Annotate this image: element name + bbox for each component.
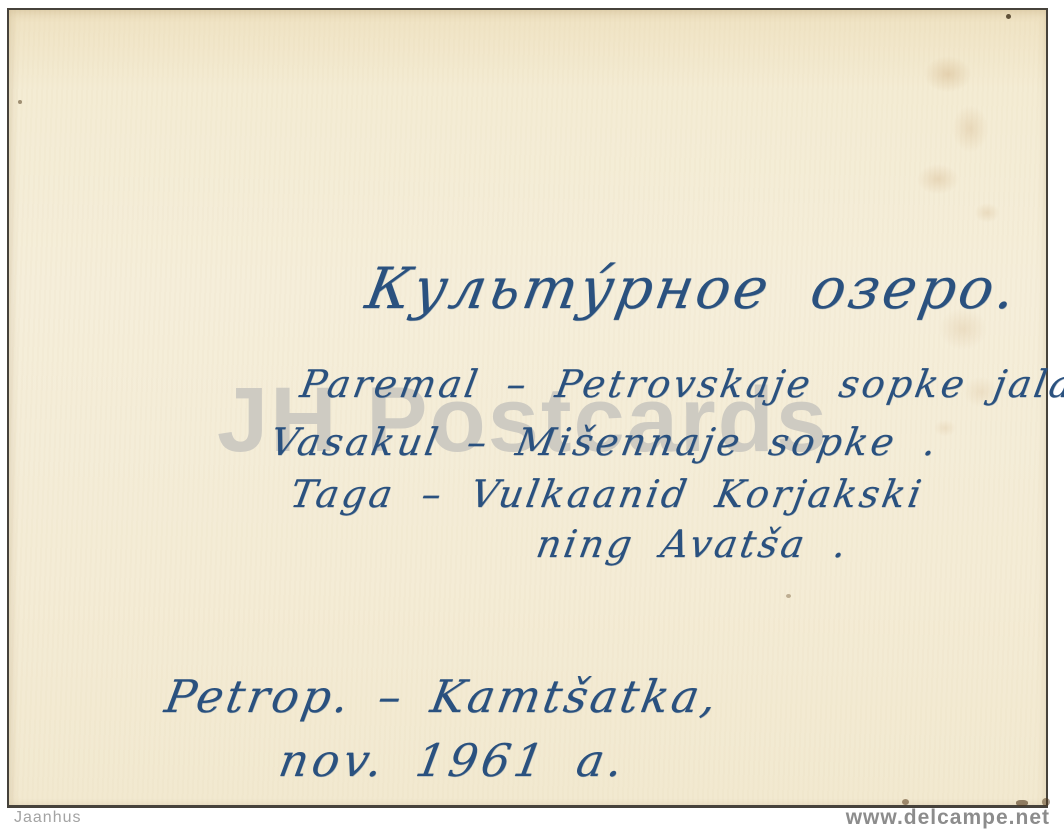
- signature-place-line: Petrop. – Kamtšatka,: [161, 670, 724, 723]
- scan-page: JH Postcards Культу́рное озеро. Paremal …: [0, 0, 1064, 830]
- site-credit-label: www.delcampe.net: [846, 806, 1050, 830]
- foxing-stain-top-right: [889, 28, 1029, 238]
- handwriting-title: Культу́рное озеро.: [361, 256, 1024, 322]
- signature-date-line: nov. 1961 a.: [275, 734, 631, 787]
- handwriting-line-left: Vasakul – Mišennaje sopke .: [267, 420, 943, 464]
- seller-credit-label: Jaanhus: [14, 809, 82, 827]
- handwriting-line-behind-cont: ning Avatša .: [533, 522, 853, 566]
- handwriting-line-behind: Taga – Vulkaanid Korjakski: [287, 472, 928, 516]
- handwriting-line-right: Paremal – Petrovskaje sopke jalam .: [297, 362, 1064, 406]
- postcard-back: JH Postcards Культу́рное озеро. Paremal …: [7, 8, 1048, 808]
